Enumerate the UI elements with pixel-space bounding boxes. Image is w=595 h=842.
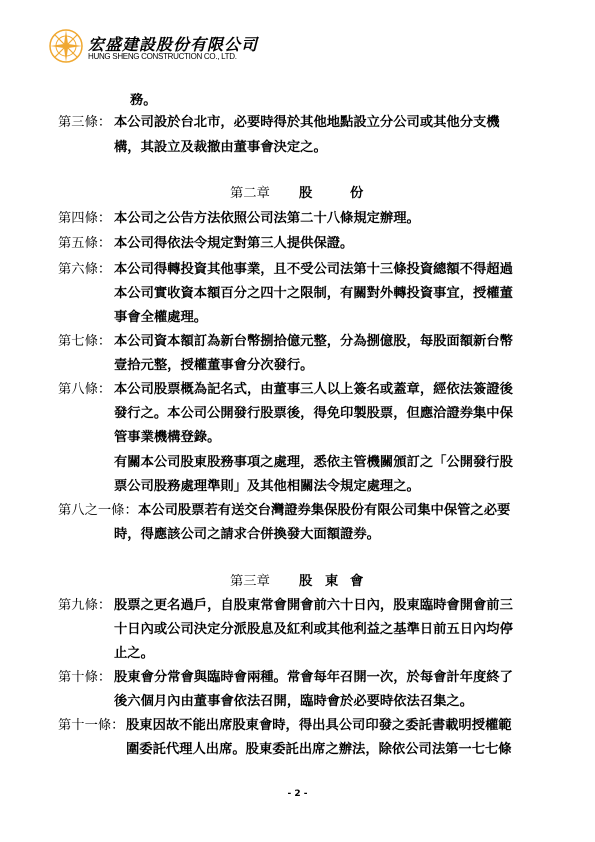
article-3-label: 第三條： [58, 115, 111, 131]
article-7-line: 本公司資本額訂為新台幣捌拾億元整，分為捌億股，每股面額新台幣 [114, 334, 513, 350]
article-8-line: 發行之。本公司公開發行股票後，得免印製股票，但應洽證券集中保 [114, 406, 513, 422]
article-4-label: 第四條： [58, 211, 111, 227]
article-8-line: 票公司股務處理準則」及其他相關法令規定處理之。 [114, 479, 420, 495]
article-8-1-label: 第八之一條： [58, 503, 138, 519]
chapter-3-title: 會 [350, 574, 363, 590]
company-name-en: HUNG SHENG CONSTRUCTION CO., LTD. [88, 52, 237, 61]
page-number: - 2 - [0, 789, 595, 799]
chapter-2-number: 第二章 [230, 186, 270, 202]
article-8-line: 本公司股票概為記名式，由董事三人以上簽名或蓋章，經依法簽證後 [114, 382, 513, 398]
article-11-line: 股東因故不能出席股東會時，得出具公司印發之委託書載明授權範 [126, 718, 512, 734]
article-8-label: 第八條： [58, 382, 111, 398]
article-6-line: 本公司實收資本額百分之四十之限制，有關對外轉投資事宜，授權董 [114, 286, 513, 302]
article-8-1-line: 本公司股票若有送交台灣證券集保股份有限公司集中保管之必要 [138, 503, 510, 519]
article-4-line: 本公司之公告方法依照公司法第二十八條規定辦理。 [114, 211, 420, 227]
chapter-2-title: 份 [350, 186, 363, 202]
article-5-line: 本公司得依法令規定對第三人提供保證。 [114, 236, 353, 252]
article-11-line: 圍委託代理人出席。股東委託出席之辦法，除依公司法第一七七條 [126, 742, 512, 758]
chapter-2-title: 股 [299, 186, 312, 202]
article-9-label: 第九條： [58, 598, 111, 614]
article-6-line: 本公司得轉投資其他事業，且不受公司法第十三條投資總額不得超過 [114, 262, 513, 278]
continued-text: 務。 [130, 93, 157, 109]
company-logo-icon [48, 28, 84, 64]
article-11-label: 第十一條： [58, 718, 124, 734]
article-5-label: 第五條： [58, 236, 111, 252]
article-6-label: 第六條： [58, 262, 111, 278]
chapter-3-title: 股 [299, 574, 312, 590]
article-6-line: 事會全權處理。 [114, 310, 207, 326]
article-10-line: 後六個月內由董事會依法召開，臨時會於必要時依法召集之。 [114, 694, 473, 710]
article-9-line: 十日內或公司決定分派股息及紅利或其他利益之基準日前五日內均停 [114, 622, 513, 638]
article-9-line: 止之。 [114, 646, 154, 662]
article-8-1-line: 時，得應該公司之請求合併換發大面額證券。 [114, 527, 380, 543]
article-7-label: 第七條： [58, 334, 111, 350]
article-7-line: 壹拾元整，授權董事會分次發行。 [114, 358, 313, 374]
article-3-line: 本公司設於台北市，必要時得於其他地點設立分公司或其他分支機 [114, 115, 500, 131]
article-8-line: 有關本公司股東股務事項之處理，悉依主管機關頒訂之「公開發行股 [114, 455, 513, 471]
article-3-line: 構，其設立及裁撤由董事會決定之。 [114, 140, 327, 156]
article-10-label: 第十條： [58, 670, 111, 686]
chapter-3-number: 第三章 [230, 574, 270, 590]
article-8-line: 管事業機構登錄。 [114, 430, 220, 446]
article-9-line: 股票之更名過戶，自股東常會開會前六十日內，股東臨時會開會前三 [114, 598, 513, 614]
chapter-3-title: 東 [325, 574, 338, 590]
article-10-line: 股東會分常會與臨時會兩種。常會每年召開一次，於每會計年度終了 [114, 670, 513, 686]
